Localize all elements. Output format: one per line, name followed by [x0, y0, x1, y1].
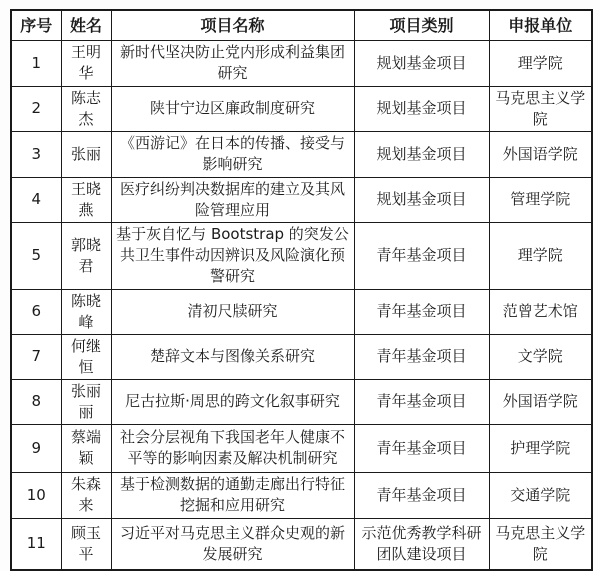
cell-serial-number: 10 — [11, 472, 61, 518]
cell-serial-number: 5 — [11, 222, 61, 289]
cell-name: 顾玉平 — [61, 518, 111, 570]
cell-project-category: 青年基金项目 — [354, 379, 489, 424]
cell-name: 郭晓君 — [61, 222, 111, 289]
cell-serial-number: 7 — [11, 334, 61, 379]
cell-name: 何继恒 — [61, 334, 111, 379]
cell-project-category: 规划基金项目 — [354, 177, 489, 222]
cell-serial-number: 9 — [11, 424, 61, 472]
cell-name: 朱森来 — [61, 472, 111, 518]
cell-applying-unit: 外国语学院 — [489, 379, 592, 424]
cell-project-title: 尼古拉斯·周思的跨文化叙事研究 — [111, 379, 354, 424]
cell-applying-unit: 马克思主义学院 — [489, 86, 592, 131]
table-row: 2 陈志杰 陕甘宁边区廉政制度研究 规划基金项目 马克思主义学院 — [11, 86, 592, 131]
cell-applying-unit: 理学院 — [489, 222, 592, 289]
table-row: 9 蔡端颖 社会分层视角下我国老年人健康不平等的影响因素及解决机制研究 青年基金… — [11, 424, 592, 472]
table-header-row: 序号 姓名 项目名称 项目类别 申报单位 — [11, 10, 592, 40]
header-project-title: 项目名称 — [111, 10, 354, 40]
header-project-category: 项目类别 — [354, 10, 489, 40]
table-row: 5 郭晓君 基于灰自忆与 Bootstrap 的突发公共卫生事件动因辨识及风险演… — [11, 222, 592, 289]
cell-serial-number: 4 — [11, 177, 61, 222]
header-serial-number: 序号 — [11, 10, 61, 40]
table-row: 7 何继恒 楚辞文本与图像关系研究 青年基金项目 文学院 — [11, 334, 592, 379]
header-name: 姓名 — [61, 10, 111, 40]
cell-project-title: 清初尺牍研究 — [111, 289, 354, 334]
cell-applying-unit: 护理学院 — [489, 424, 592, 472]
cell-project-category: 青年基金项目 — [354, 222, 489, 289]
cell-project-title: 基于灰自忆与 Bootstrap 的突发公共卫生事件动因辨识及风险演化预警研究 — [111, 222, 354, 289]
project-table-container: 序号 姓名 项目名称 项目类别 申报单位 1 王明华 新时代坚决防止党内形成利益… — [10, 9, 593, 571]
cell-applying-unit: 马克思主义学院 — [489, 518, 592, 570]
cell-project-title: 楚辞文本与图像关系研究 — [111, 334, 354, 379]
cell-project-category: 青年基金项目 — [354, 289, 489, 334]
cell-serial-number: 6 — [11, 289, 61, 334]
cell-project-title: 新时代坚决防止党内形成利益集团研究 — [111, 40, 354, 86]
cell-applying-unit: 管理学院 — [489, 177, 592, 222]
cell-project-title: 医疗纠纷判决数据库的建立及其风险管理应用 — [111, 177, 354, 222]
cell-serial-number: 8 — [11, 379, 61, 424]
cell-name: 王晓燕 — [61, 177, 111, 222]
cell-project-title: 社会分层视角下我国老年人健康不平等的影响因素及解决机制研究 — [111, 424, 354, 472]
table-row: 11 顾玉平 习近平对马克思主义群众史观的新发展研究 示范优秀教学科研团队建设项… — [11, 518, 592, 570]
cell-name: 陈晓峰 — [61, 289, 111, 334]
cell-applying-unit: 文学院 — [489, 334, 592, 379]
cell-applying-unit: 理学院 — [489, 40, 592, 86]
cell-project-category: 青年基金项目 — [354, 424, 489, 472]
cell-project-title: 《西游记》在日本的传播、接受与影响研究 — [111, 131, 354, 177]
table-row: 4 王晓燕 医疗纠纷判决数据库的建立及其风险管理应用 规划基金项目 管理学院 — [11, 177, 592, 222]
cell-project-category: 规划基金项目 — [354, 131, 489, 177]
cell-project-category: 示范优秀教学科研团队建设项目 — [354, 518, 489, 570]
cell-serial-number: 2 — [11, 86, 61, 131]
table-row: 3 张丽 《西游记》在日本的传播、接受与影响研究 规划基金项目 外国语学院 — [11, 131, 592, 177]
cell-name: 王明华 — [61, 40, 111, 86]
cell-applying-unit: 交通学院 — [489, 472, 592, 518]
table-row: 6 陈晓峰 清初尺牍研究 青年基金项目 范曾艺术馆 — [11, 289, 592, 334]
cell-applying-unit: 范曾艺术馆 — [489, 289, 592, 334]
cell-project-category: 规划基金项目 — [354, 40, 489, 86]
cell-name: 蔡端颖 — [61, 424, 111, 472]
cell-applying-unit: 外国语学院 — [489, 131, 592, 177]
table-row: 1 王明华 新时代坚决防止党内形成利益集团研究 规划基金项目 理学院 — [11, 40, 592, 86]
cell-name: 张丽 — [61, 131, 111, 177]
cell-serial-number: 11 — [11, 518, 61, 570]
cell-name: 张丽丽 — [61, 379, 111, 424]
cell-project-category: 规划基金项目 — [354, 86, 489, 131]
table-row: 10 朱森来 基于检测数据的通勤走廊出行特征挖掘和应用研究 青年基金项目 交通学… — [11, 472, 592, 518]
table-row: 8 张丽丽 尼古拉斯·周思的跨文化叙事研究 青年基金项目 外国语学院 — [11, 379, 592, 424]
cell-project-title: 陕甘宁边区廉政制度研究 — [111, 86, 354, 131]
cell-name: 陈志杰 — [61, 86, 111, 131]
header-applying-unit: 申报单位 — [489, 10, 592, 40]
cell-serial-number: 1 — [11, 40, 61, 86]
cell-project-title: 基于检测数据的通勤走廊出行特征挖掘和应用研究 — [111, 472, 354, 518]
cell-project-category: 青年基金项目 — [354, 472, 489, 518]
project-approval-table: 序号 姓名 项目名称 项目类别 申报单位 1 王明华 新时代坚决防止党内形成利益… — [10, 9, 593, 571]
cell-serial-number: 3 — [11, 131, 61, 177]
cell-project-title: 习近平对马克思主义群众史观的新发展研究 — [111, 518, 354, 570]
cell-project-category: 青年基金项目 — [354, 334, 489, 379]
